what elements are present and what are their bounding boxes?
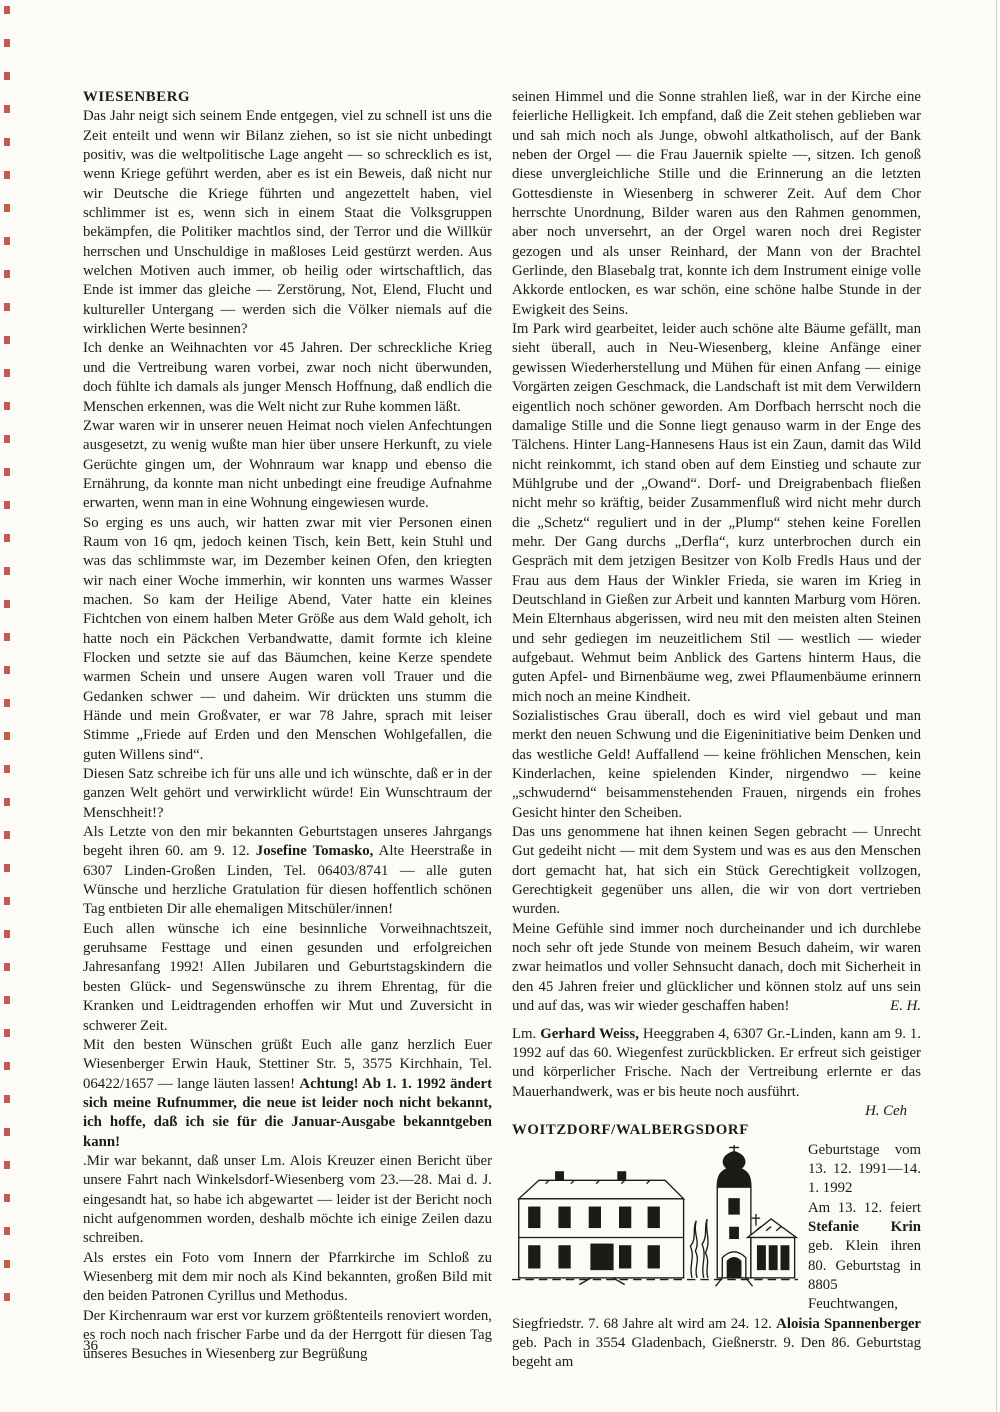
paragraph: So erging es uns auch, wir hatten zwar m… xyxy=(83,514,492,765)
woitzdorf-section: Geburtstage vom 13. 12. 1991—14. 1. 1992… xyxy=(512,1141,921,1373)
paragraph: Der Kirchenraum war erst vor kurzem größ… xyxy=(83,1307,492,1365)
paragraph: Ich denke an Weihnachten vor 45 Jahren. … xyxy=(83,339,492,416)
scan-edge-line xyxy=(996,0,997,1412)
paragraph: Als erstes ein Foto vom Innern der Pfarr… xyxy=(83,1249,492,1307)
right-column: seinen Himmel und die Sonne strahlen lie… xyxy=(512,88,921,1373)
section-heading-wiesenberg: WIESENBERG xyxy=(83,88,492,107)
village-church-illustration xyxy=(512,1143,798,1295)
paragraph: Im Park wird gearbeitet, leider auch sch… xyxy=(512,320,921,707)
paragraph: Euch allen wünsche ich eine besinnliche … xyxy=(83,920,492,1036)
paragraph: Als Letzte von den mir bekannten Geburts… xyxy=(83,823,492,920)
paragraph: Das uns genommene hat ihnen keinen Segen… xyxy=(512,823,921,920)
paragraph: Das Jahr neigt sich seinem Ende entgegen… xyxy=(83,107,492,339)
left-column: WIESENBERG Das Jahr neigt sich seinem En… xyxy=(83,88,492,1373)
signature-h-ceh: H. Ceh xyxy=(512,1102,921,1121)
newsletter-page: WIESENBERG Das Jahr neigt sich seinem En… xyxy=(0,0,1000,1412)
paragraph-gerhard-weiss: Lm. Gerhard Weiss, Heeggraben 4, 6307 Gr… xyxy=(512,1025,921,1102)
paragraph: Zwar waren wir in unserer neuen Heimat n… xyxy=(83,417,492,514)
paragraph: Mit den besten Wünschen grüßt Euch alle … xyxy=(83,1036,492,1152)
page-number: 36 xyxy=(83,1338,98,1355)
section-heading-woitzdorf: WOITZDORF/WALBERGSDORF xyxy=(512,1121,921,1140)
registration-marks xyxy=(4,6,10,1310)
paragraph: seinen Himmel und die Sonne strahlen lie… xyxy=(512,88,921,320)
paragraph: Sozialistisches Grau überall, doch es wi… xyxy=(512,707,921,823)
paragraph: .Mir war bekannt, daß unser Lm. Alois Kr… xyxy=(83,1152,492,1249)
two-column-layout: WIESENBERG Das Jahr neigt sich seinem En… xyxy=(83,88,921,1373)
paragraph: Diesen Satz schreibe ich für uns alle un… xyxy=(83,765,492,823)
